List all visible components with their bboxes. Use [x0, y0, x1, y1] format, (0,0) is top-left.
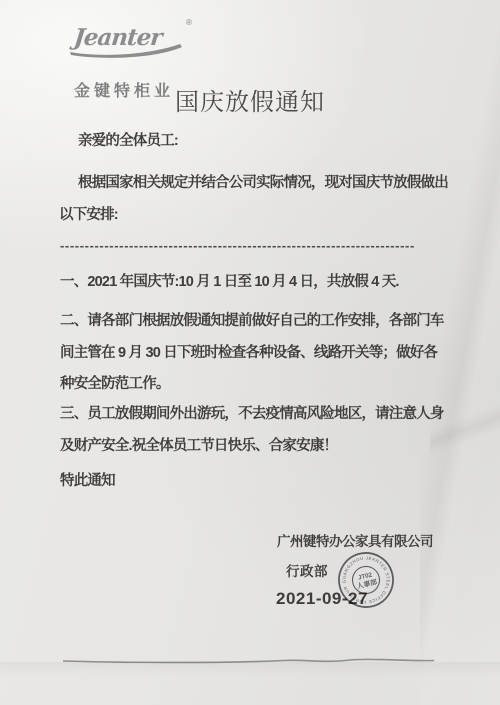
notice-item-1: 一、2021 年国庆节:10 月 1 日至 10 月 4 日，共放假 4 天.: [60, 267, 445, 299]
intro-paragraph: 根据国家相关规定并结合公司实际情况，现对国庆节放假做出以下安排:: [59, 168, 451, 231]
notice-item-2: 二、请各部门根据放假通知提前做好自己的工作安排，各部门车间主管在 9 月 30 …: [60, 306, 445, 401]
company-seal-stamp: GUANGZHOU JEANTER STEEL OFFICE FURNITURE…: [334, 548, 398, 612]
logo-swoosh-icon: [68, 42, 194, 58]
dashed-separator: ----------------------------------------…: [60, 238, 438, 256]
registered-trademark-icon: ®: [186, 18, 192, 27]
paper-edge-shadow: [0, 662, 500, 676]
greeting-line: 亲爱的全体员工:: [78, 126, 178, 158]
holiday-notice-document: Jeanter ® 金键特柜业 国庆放假通知 亲爱的全体员工: 根据国家相关规定…: [0, 0, 500, 705]
closing-line: 特此通知: [60, 466, 115, 498]
notice-title: 国庆放假通知: [0, 82, 500, 117]
notice-item-3: 三、员工放假期间外出游玩，不去疫情高风险地区，请注意人身及财产安全.祝全体员工节…: [60, 399, 445, 462]
logo-wordmark-row: Jeanter ®: [74, 24, 184, 54]
